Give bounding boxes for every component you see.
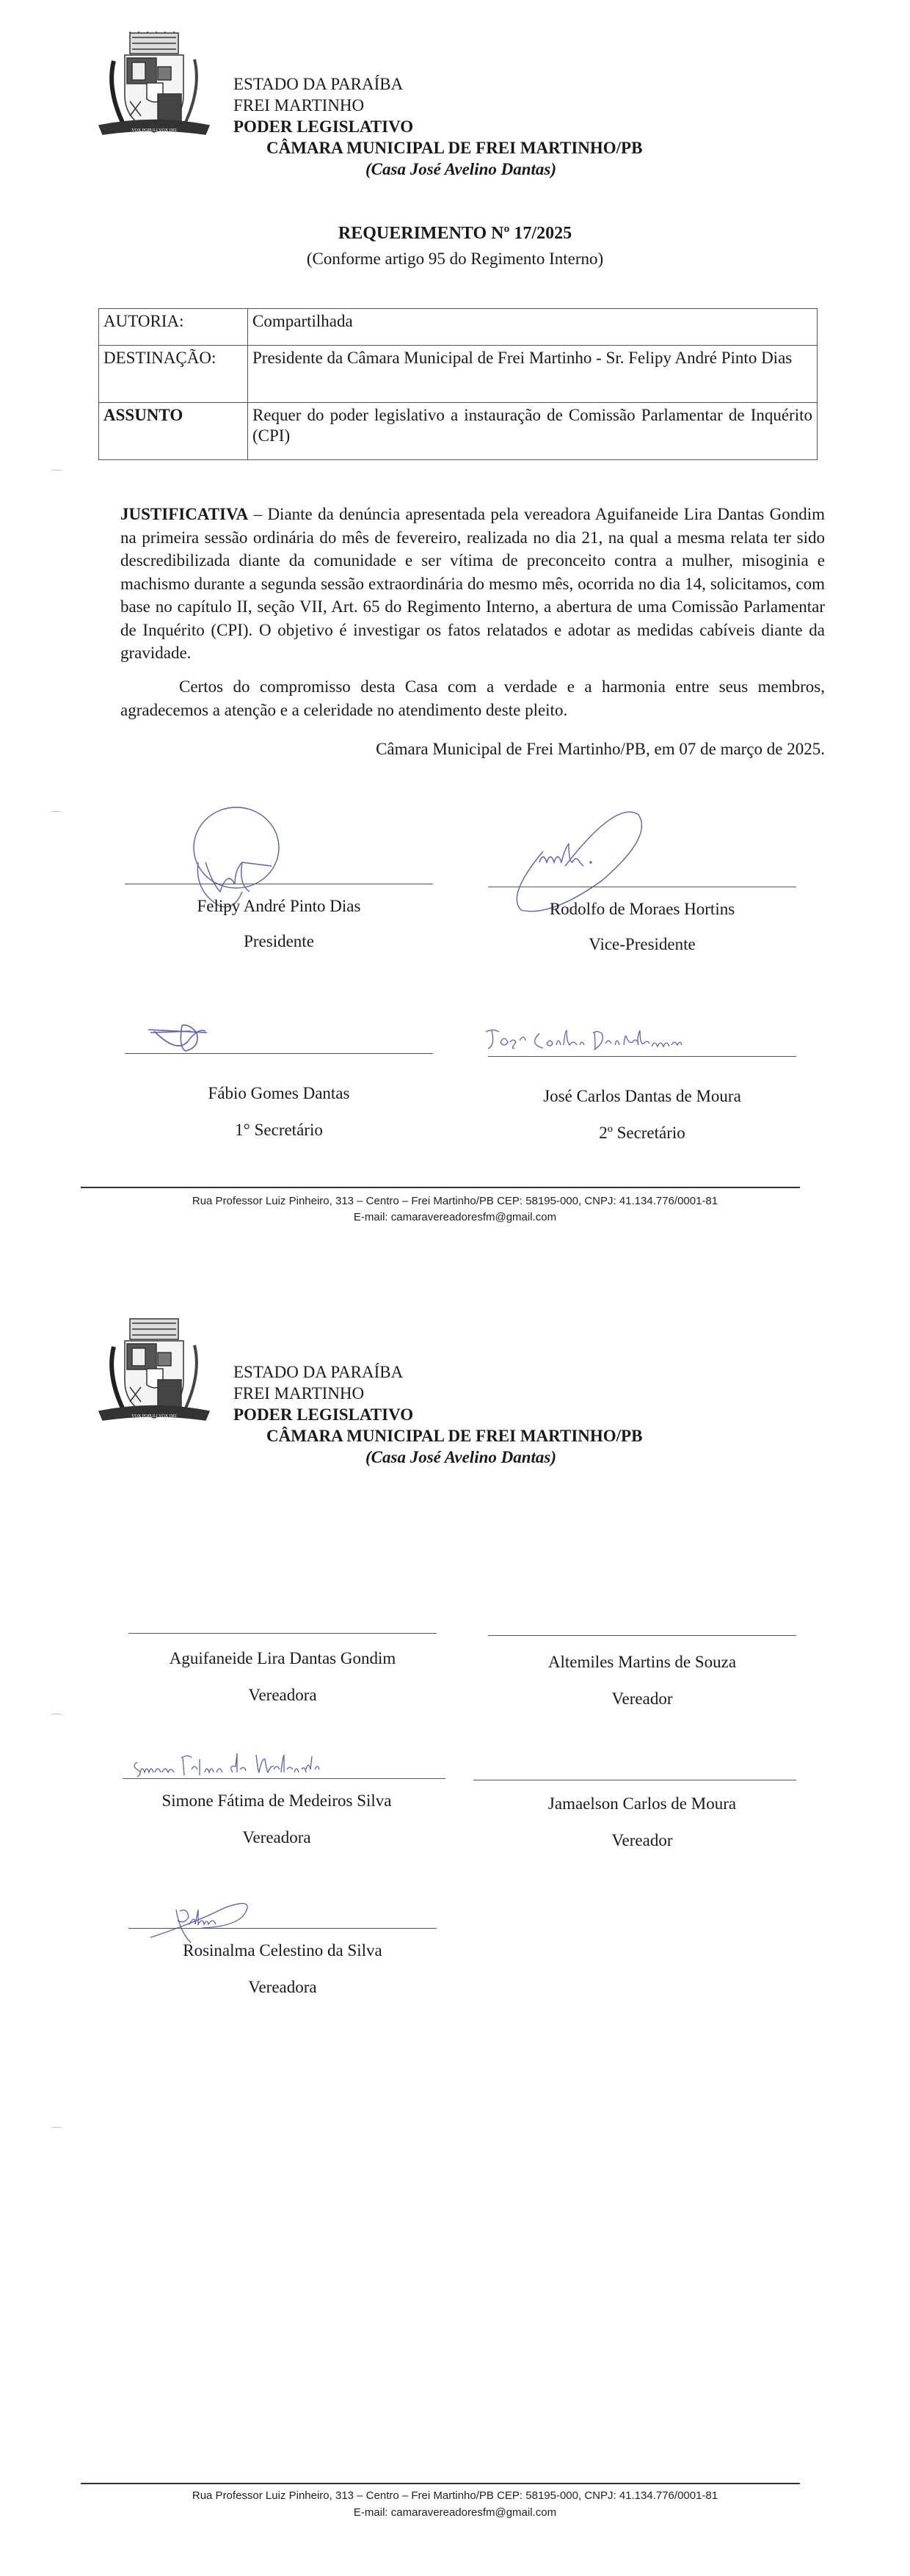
house-name: (Casa José Avelino Dantas)	[233, 1447, 642, 1468]
dateline: Câmara Municipal de Frei Martinho/PB, em…	[376, 740, 825, 759]
info-table: AUTORIA: Compartilhada DESTINAÇÃO: Presi…	[98, 308, 818, 460]
handwritten-signature-icon	[147, 1024, 213, 1053]
signatory-name: Altemiles Martins de Souza	[488, 1653, 796, 1672]
letterhead: ESTADO DA PARAÍBA FREI MARTINHO PODER LE…	[233, 1361, 642, 1468]
document-subtitle: (Conforme artigo 95 do Regimento Interno…	[0, 250, 910, 269]
signature-block-councilor: Jamaelson Carlos de Moura Vereador	[488, 1780, 796, 1868]
signatory-role: Vereador	[488, 1831, 796, 1850]
signature-line	[128, 1928, 437, 1929]
signature-line	[488, 1056, 796, 1057]
footer-address: Rua Professor Luiz Pinheiro, 313 – Centr…	[0, 1195, 910, 1207]
signatory-name: Fábio Gomes Dantas	[125, 1084, 433, 1103]
authorship-value: Compartilhada	[248, 309, 818, 346]
footer-address: Rua Professor Luiz Pinheiro, 313 – Centr…	[0, 2489, 910, 2502]
signature-block-president: Felipy André Pinto Dias Presidente	[125, 859, 433, 969]
state-name: ESTADO DA PARAÍBA	[233, 73, 642, 95]
handwritten-signature-icon	[147, 1902, 264, 1946]
city-name: FREI MARTINHO	[233, 1383, 642, 1404]
signatory-role: Vereadora	[123, 1828, 431, 1847]
table-row: ASSUNTO Requer do poder legislativo a in…	[99, 403, 818, 460]
justification-paragraph: JUSTIFICATIVA – Diante da denúncia apres…	[120, 503, 825, 665]
signatory-role: Vice-Presidente	[488, 935, 796, 954]
signatory-name: José Carlos Dantas de Moura	[488, 1087, 796, 1106]
signatory-role: Vereador	[488, 1689, 796, 1709]
scan-mark	[50, 811, 63, 814]
signature-block-councilor: Rosinalma Celestino da Silva Vereadora	[128, 1928, 437, 2016]
signatory-name: Simone Fátima de Medeiros Silva	[123, 1791, 431, 1811]
signature-block-councilor: Aguifaneide Lira Dantas Gondim Vereadora	[128, 1633, 437, 1721]
svg-text:VOX POPULI VOX DEI: VOX POPULI VOX DEI	[131, 128, 176, 133]
signature-block-councilor: Altemiles Martins de Souza Vereador	[488, 1635, 796, 1723]
document-page-2: VOX POPULI VOX DEI ESTADO DA PARAÍBA FRE…	[0, 1288, 910, 2576]
signature-block-first-secretary: Fábio Gomes Dantas 1° Secretário	[125, 1049, 433, 1160]
signatory-role: Vereadora	[128, 1686, 437, 1705]
city-name: FREI MARTINHO	[233, 95, 642, 116]
power-name: PODER LEGISLATIVO	[233, 116, 642, 137]
footer-email: E-mail: camaravereadoresfm@gmail.com	[0, 2506, 910, 2519]
municipal-crest-icon: VOX POPULI VOX DEI	[92, 1317, 216, 1424]
signatory-role: Vereadora	[128, 1978, 437, 1997]
signatory-role: Presidente	[125, 932, 433, 951]
footer-divider	[81, 2483, 800, 2484]
justification-text: – Diante da denúncia apresentada pela ve…	[120, 505, 825, 662]
signature-block-second-secretary: José Carlos Dantas de Moura 2º Secretári…	[488, 1049, 796, 1160]
destination-value: Presidente da Câmara Municipal de Frei M…	[248, 346, 818, 403]
footer-divider	[81, 1187, 800, 1188]
signature-line	[125, 884, 433, 884]
signature-block-councilor: Simone Fátima de Medeiros Silva Vereador…	[123, 1778, 431, 1866]
closing-paragraph: Certos do compromisso desta Casa com a v…	[120, 675, 825, 721]
document-page-1: VOX POPULI VOX DEI ESTADO DA PARAÍBA FRE…	[0, 0, 910, 1288]
signature-line	[125, 1053, 433, 1054]
signatory-role: 1° Secretário	[125, 1121, 433, 1140]
table-row: DESTINAÇÃO: Presidente da Câmara Municip…	[99, 346, 818, 403]
chamber-name: CÂMARA MUNICIPAL DE FREI MARTINHO/PB	[233, 1425, 642, 1447]
signature-block-vice-president: Rodolfo de Moraes Hortins Vice-President…	[488, 859, 796, 969]
state-name: ESTADO DA PARAÍBA	[233, 1361, 642, 1383]
destination-label: DESTINAÇÃO:	[99, 346, 248, 403]
handwritten-signature-icon	[130, 1747, 321, 1780]
signature-line	[473, 1780, 796, 1780]
signatory-name: Rosinalma Celestino da Silva	[128, 1941, 437, 1960]
signature-line	[488, 1635, 796, 1636]
footer-email: E-mail: camaravereadoresfm@gmail.com	[0, 1211, 910, 1223]
document-title: REQUERIMENTO Nº 17/2025	[0, 224, 910, 244]
municipal-crest-icon: VOX POPULI VOX DEI	[92, 32, 216, 138]
handwritten-signature-icon	[484, 1027, 682, 1057]
chamber-name: CÂMARA MUNICIPAL DE FREI MARTINHO/PB	[233, 137, 642, 159]
signature-line	[488, 887, 796, 887]
signatory-name: Jamaelson Carlos de Moura	[488, 1794, 796, 1813]
signatory-role: 2º Secretário	[488, 1124, 796, 1143]
signatory-name: Rodolfo de Moraes Hortins	[488, 900, 796, 919]
power-name: PODER LEGISLATIVO	[233, 1404, 642, 1425]
letterhead: ESTADO DA PARAÍBA FREI MARTINHO PODER LE…	[233, 73, 642, 180]
subject-value: Requer do poder legislativo a instauraçã…	[248, 403, 818, 460]
scan-mark	[50, 2127, 63, 2130]
justification-label: JUSTIFICATIVA	[120, 505, 248, 523]
subject-label: ASSUNTO	[99, 403, 248, 460]
authorship-label: AUTORIA:	[99, 309, 248, 346]
scan-mark	[50, 470, 63, 473]
svg-text:VOX POPULI VOX DEI: VOX POPULI VOX DEI	[131, 1414, 176, 1419]
table-row: AUTORIA: Compartilhada	[99, 309, 818, 346]
signature-line	[123, 1778, 445, 1779]
house-name: (Casa José Avelino Dantas)	[233, 159, 642, 180]
signatory-name: Felipy André Pinto Dias	[125, 897, 433, 916]
signature-line	[128, 1633, 437, 1634]
scan-mark	[50, 1714, 63, 1717]
signatory-name: Aguifaneide Lira Dantas Gondim	[128, 1649, 437, 1668]
